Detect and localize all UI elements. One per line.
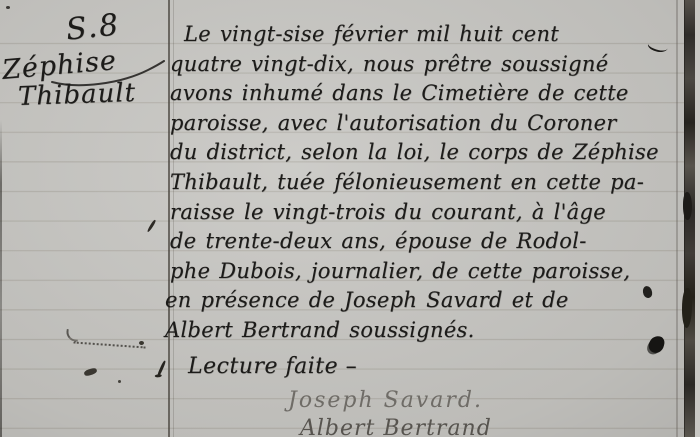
margin-smudge-dot xyxy=(139,341,144,345)
record-line: de trente-deux ans, épouse de Rodol- xyxy=(170,227,685,257)
record-body: Le vingt-sise février mil huit cent quat… xyxy=(170,20,685,346)
record-line: Le vingt-sise février mil huit cent xyxy=(170,20,685,50)
record-line: avons inhumé dans le Cimetière de cette xyxy=(170,79,685,109)
stray-pen-mark xyxy=(147,219,157,232)
record-line: phe Dubois, journalier, de cette paroiss… xyxy=(170,257,685,287)
closing-statement: Lecture faite – xyxy=(188,354,357,379)
margin-smear xyxy=(83,367,97,377)
witness-signature: Joseph Savard. xyxy=(288,388,483,413)
record-line: paroisse, avec l'autorisation du Coroner xyxy=(170,109,685,139)
record-line: du district, selon la loi, le corps de Z… xyxy=(170,138,685,168)
record-line: en présence de Joseph Savard et de xyxy=(165,286,685,316)
stray-pen-mark xyxy=(157,360,167,377)
ink-speck xyxy=(6,6,10,9)
margin-deceased-surname: Thibault xyxy=(18,78,137,112)
register-page-scan: S.8 Zéphise Thibault Le vingt-sise févri… xyxy=(0,0,700,437)
witness-signature: Albert Bertrand xyxy=(300,416,492,437)
margin-entry-number: S.8 xyxy=(64,7,121,47)
record-line: Thibault, tuée félonieusement en cette p… xyxy=(170,168,685,198)
margin-smudge-dot xyxy=(118,380,121,383)
record-line: raisse le vingt-trois du courant, à l'âg… xyxy=(170,198,685,228)
record-line: Albert Bertrand soussignés. xyxy=(165,316,685,346)
record-line: quatre vingt-dix, nous prêtre soussigné xyxy=(170,50,685,80)
page-left-edge xyxy=(0,120,2,437)
right-paper-strip xyxy=(695,0,700,437)
margin-smudge xyxy=(74,332,147,349)
